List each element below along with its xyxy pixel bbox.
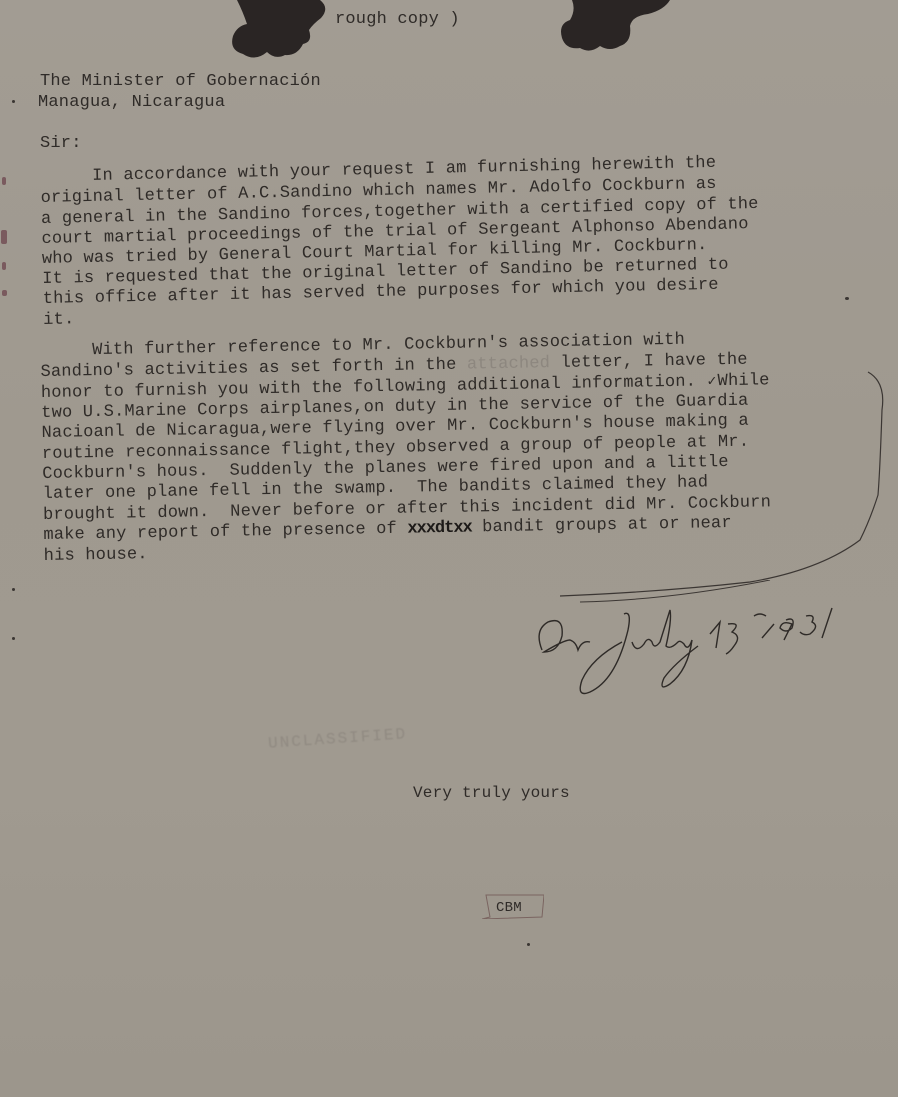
addressee-line-2: Managua, Nicaragua [38,93,225,112]
page-dot [527,943,530,946]
typist-initials: CBM [496,900,522,916]
addressee-line-1: The Minister of Gobernación [40,72,321,91]
margin-dot [12,637,15,640]
paragraph-1: In accordance with your request I am fur… [40,167,86,358]
p1-line: it. [43,310,75,330]
faded-stamp: UNCLASSIFIED [268,725,408,753]
salutation: Sir: [40,134,82,153]
margin-dot [12,100,15,103]
rough-copy-note: rough copy ) [335,10,460,29]
handwritten-date-annotation: On July 15, 1931 [520,580,898,710]
letter-page: rough copy ) The Minister of Gobernación… [0,0,898,1097]
closing-line: Very truly yours [413,784,570,802]
ink-blot-left [225,0,335,62]
pencil-bracket-line [520,370,898,600]
struck-out-word: xxxdtxx [407,518,472,538]
margin-mark [2,290,7,296]
p2-line: his house. [44,545,148,566]
margin-dot [12,588,15,591]
margin-mark [1,230,7,244]
paragraph-2: With further reference to Mr. Cockburn's… [40,341,86,589]
margin-dot [845,297,849,300]
margin-mark [2,262,6,270]
ink-blot-right [552,0,672,55]
margin-mark [2,177,6,185]
